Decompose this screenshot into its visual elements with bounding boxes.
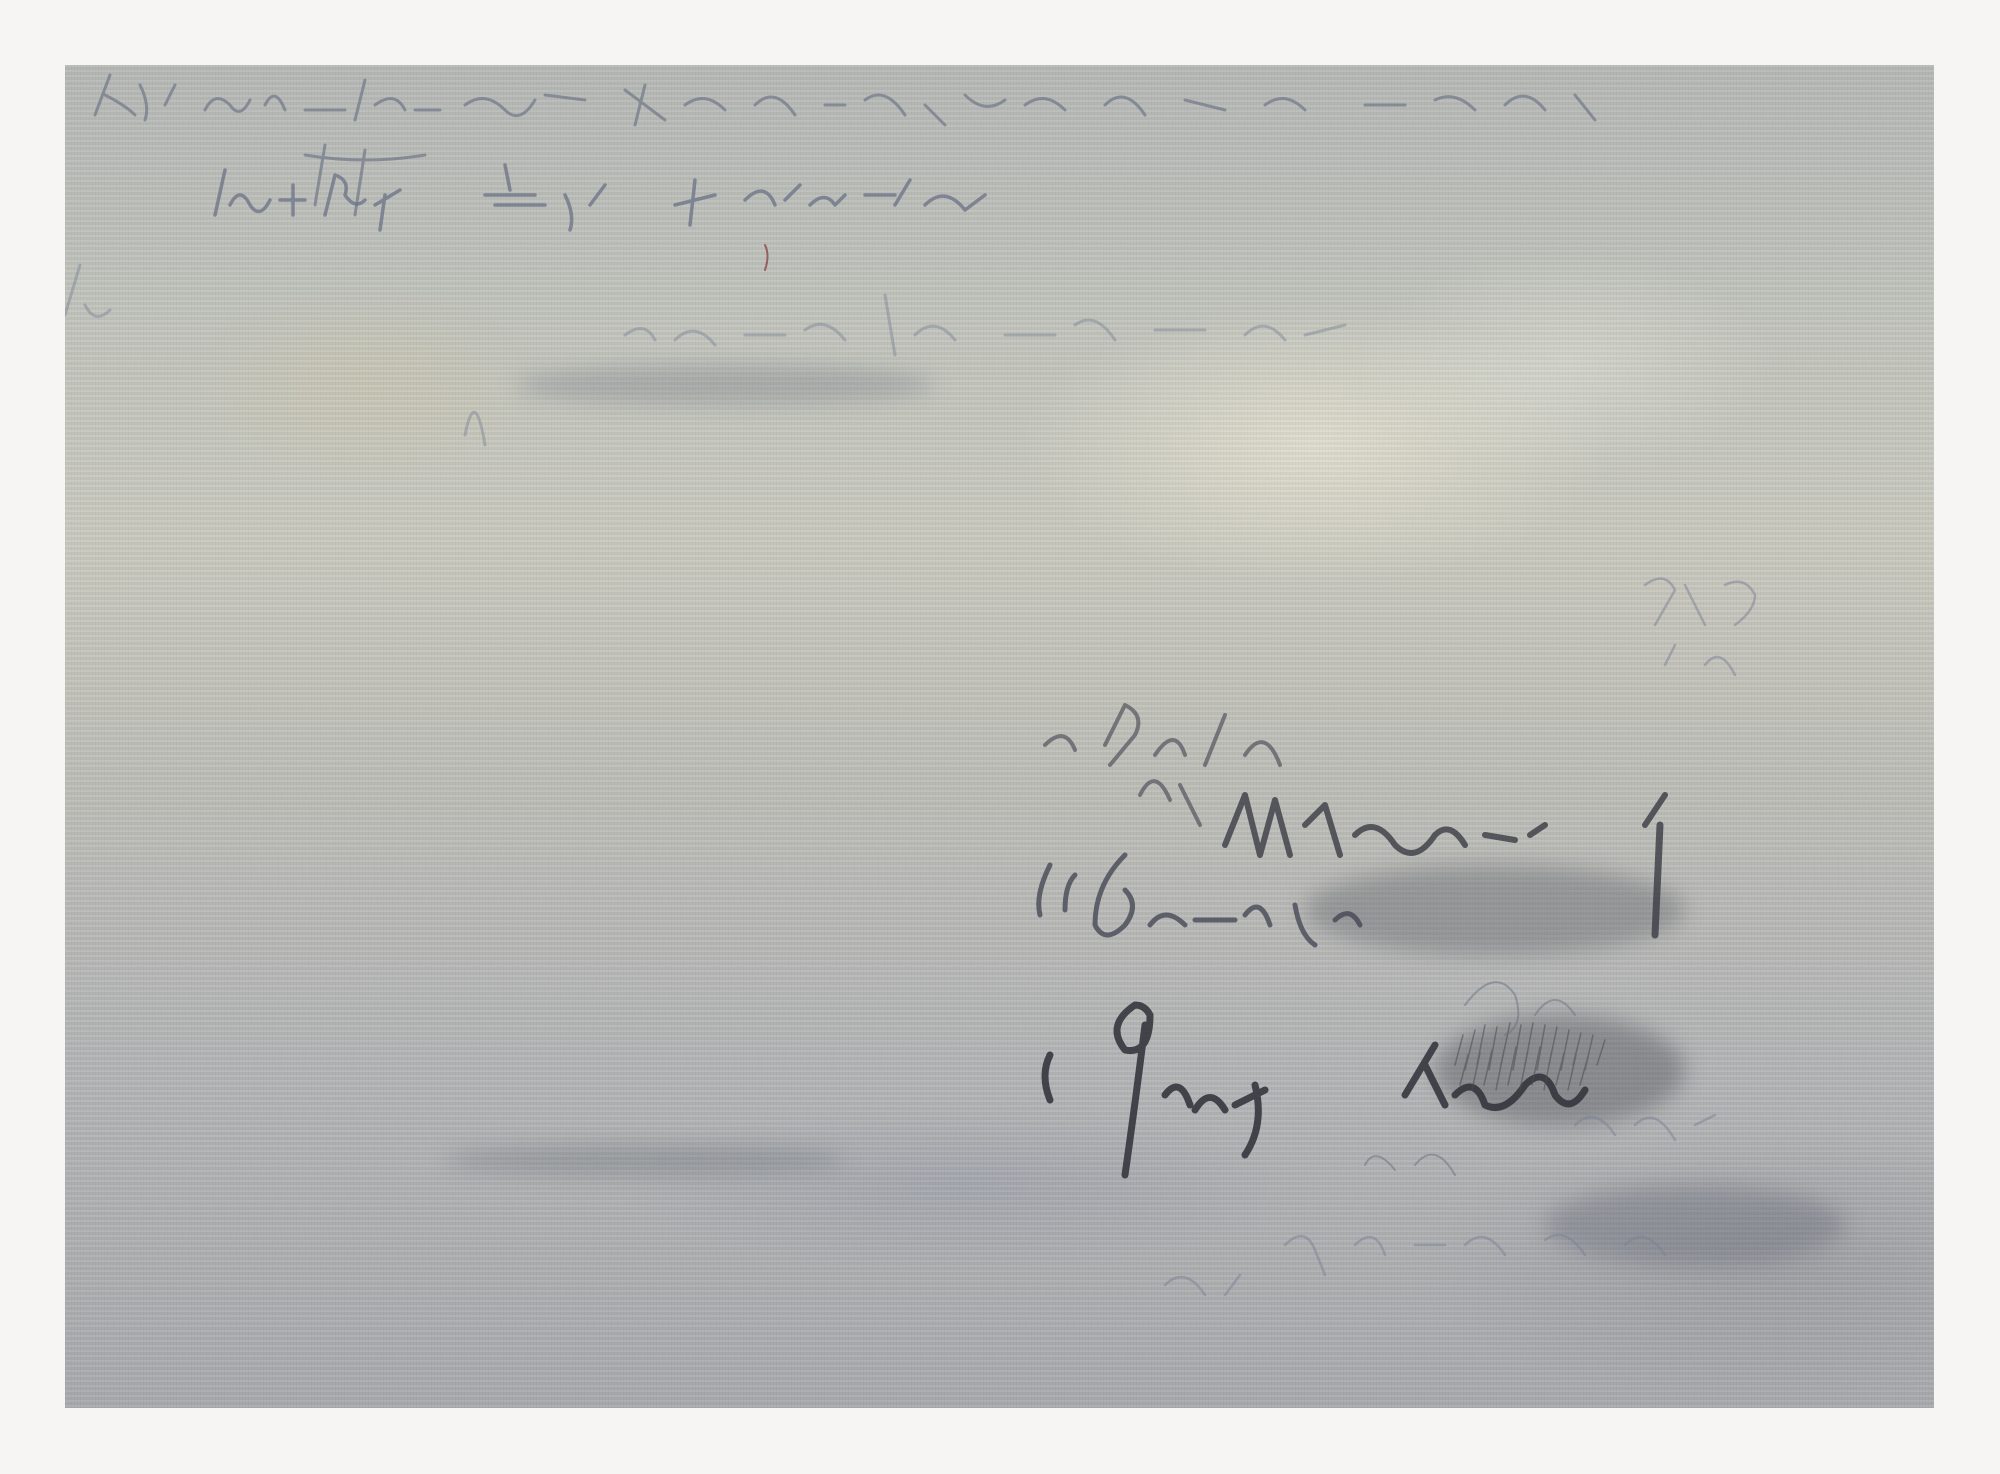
third-line-scribble [65,265,1345,445]
cluster-third-line [1039,855,1360,945]
right-faint-numerals [1165,579,1755,1295]
second-line-scribble [215,165,985,270]
cluster-middle-scribble [1225,795,1665,935]
painting-canvas [65,65,1934,1408]
cluster-upper-numerals [1045,705,1280,825]
cluster-bottom-signature [1045,1005,1585,1175]
scribble-marks [65,65,1934,1408]
